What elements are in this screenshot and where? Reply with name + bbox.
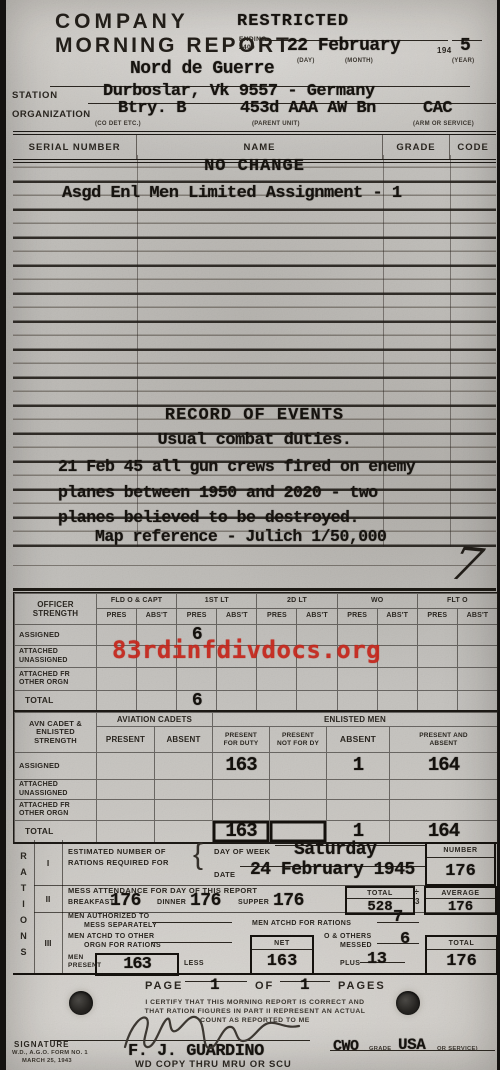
events-line: Usual combat duties.	[13, 431, 496, 450]
men-atchd-rations-label: MEN ATCHD FOR RATIONS	[252, 920, 351, 927]
table-cell	[389, 799, 497, 820]
o-and-others-value: 6	[400, 930, 410, 949]
cadets-absent-header: ABSENT	[154, 726, 212, 752]
abst-header: ABS'T	[216, 608, 256, 624]
o-and-others-label-2: MESSED	[340, 942, 372, 949]
brace-glyph: {	[193, 838, 203, 872]
year-value: 5	[460, 36, 470, 56]
table-cell	[457, 624, 497, 645]
atchd-other-label-1: MEN ATCHD TO OTHER	[68, 933, 154, 940]
table-cell	[417, 667, 457, 690]
mess-total-value: 528	[347, 899, 413, 915]
number-box-label: NUMBER	[427, 844, 494, 858]
estimated-label-2: RATIONS REQUIRED FOR	[68, 858, 169, 867]
number-box: NUMBER 176	[425, 842, 496, 886]
table-cell	[377, 645, 417, 667]
rations-part3: MEN AUTHORIZED TO MESS SEPARATELY MEN AT…	[62, 912, 496, 973]
table-cell	[326, 799, 389, 820]
column-divider	[383, 155, 384, 547]
net-box: NET 163	[250, 935, 314, 975]
officer-group-header: 2D LT	[256, 593, 336, 608]
classification-stamp: RESTRICTED	[237, 12, 349, 31]
page-number: 1	[210, 976, 219, 994]
men-present-value: 163	[123, 955, 151, 974]
pres-header: PRES	[176, 608, 216, 624]
col-code: CODE	[450, 135, 496, 159]
mess-separately-label-1: MEN AUTHORIZED TO	[68, 913, 149, 920]
men-present-label-2: PRESENT	[68, 962, 102, 969]
form-id-line-2: MARCH 25, 1943	[22, 1058, 72, 1064]
rations-total-box: TOTAL 176	[425, 935, 498, 975]
pres-header: PRES	[337, 608, 377, 624]
year-prefix: 194	[437, 46, 452, 55]
grade-value: CWO	[333, 1038, 359, 1055]
table-cell	[96, 667, 136, 690]
number-box-value: 176	[427, 858, 494, 884]
table-cell	[377, 690, 417, 711]
pages-label: PAGES	[338, 980, 386, 992]
punch-hole	[69, 991, 93, 1015]
officer-group-header: FLT O	[417, 593, 497, 608]
form-title-line1: COMPANY	[55, 10, 189, 34]
enlisted-total-absent: 1	[326, 820, 389, 842]
officer-table-title: OFFICER STRENGTH	[14, 593, 96, 624]
events-line: Map reference - Julich 1/50,000	[95, 527, 386, 546]
table-cell	[256, 690, 296, 711]
abst-header: ABS'T	[136, 608, 176, 624]
ending-label: ENDING	[239, 36, 267, 43]
of-label: OF	[255, 980, 274, 992]
table-cell	[136, 690, 176, 711]
org-company-value: Btry. B	[118, 99, 186, 118]
table-cell	[154, 752, 212, 779]
mess-total-label: TOTAL	[347, 888, 413, 899]
mess-separately-label-2: MESS SEPARATELY	[84, 922, 157, 929]
present-not-for-duty-header: PRESENT NOT FOR DY	[269, 726, 326, 752]
table-cell	[457, 690, 497, 711]
table-cell	[269, 779, 326, 799]
day-of-week-label: DAY OF WEEK	[214, 847, 271, 856]
table-cell	[269, 799, 326, 820]
roster-entry-asgd: Asgd Enl Men Limited Assignment - 1	[62, 184, 402, 203]
pres-header: PRES	[96, 608, 136, 624]
absent-header: ABSENT	[326, 726, 389, 752]
table-cell	[216, 667, 256, 690]
row-label-attached-unassigned: ATTACHED UNASSIGNED	[14, 645, 96, 667]
rations-part1: ESTIMATED NUMBER OF RATIONS REQUIRED FOR…	[62, 840, 496, 886]
abst-header: ABS'T	[296, 608, 336, 624]
org-company-sublabel: (CO DET ETC.)	[95, 121, 141, 127]
form-id-line-1: W.D., A.G.O. FORM NO. 1	[12, 1050, 88, 1056]
present-and-absent-header: PRESENT AND ABSENT	[389, 726, 497, 752]
table-cell	[269, 752, 326, 779]
ration-date-value: 24 February 1945	[250, 860, 415, 880]
service-sublabel: OR SERVICE)	[437, 1046, 478, 1052]
enlisted-total-present-not-for-duty	[269, 820, 326, 842]
men-present-label-1: MEN	[68, 954, 84, 961]
net-label: NET	[252, 937, 312, 950]
supper-label: SUPPER	[238, 899, 269, 906]
divide-by-three: 3	[415, 897, 420, 906]
station-label: STATION	[12, 90, 58, 101]
enlisted-strength-table: AVN CADET & ENLISTED STRENGTH AVIATION C…	[13, 710, 498, 844]
org-arm-value: CAC	[423, 99, 452, 118]
table-cell	[212, 779, 269, 799]
table-cell	[326, 779, 389, 799]
breakfast-label: BREAKFAST	[68, 899, 114, 906]
average-value: 176	[426, 899, 495, 915]
men-present-box: 163	[95, 953, 179, 976]
average-box: AVERAGE 176	[424, 886, 497, 915]
row-label-total: TOTAL	[14, 690, 96, 711]
table-cell	[389, 779, 497, 799]
abst-header: ABS'T	[377, 608, 417, 624]
month-sublabel: (MONTH)	[345, 58, 373, 64]
men-atchd-rations-value: 7	[393, 908, 403, 927]
rations-letters: RATIONS	[19, 851, 29, 963]
grade-sublabel: GRADE	[369, 1046, 391, 1052]
table-cell	[377, 624, 417, 645]
table-cell	[417, 645, 457, 667]
morning-report-scan: COMPANY RESTRICTED MORNING REPORT ENDING…	[0, 0, 500, 1070]
table-cell	[96, 820, 154, 842]
row-label-assigned: ASSIGNED	[14, 752, 96, 779]
rations-total-label: TOTAL	[427, 937, 496, 950]
officer-total-1stlt-pres: 6	[176, 690, 216, 711]
table-cell	[154, 779, 212, 799]
table-cell	[296, 667, 336, 690]
mess-total-box: TOTAL 528	[345, 886, 415, 915]
enlisted-total-present-and-absent: 164	[389, 820, 497, 842]
col-serial-number: SERIAL NUMBER	[13, 135, 137, 159]
org-arm-sublabel: (ARM OR SERVICE)	[413, 121, 474, 127]
pres-header: PRES	[256, 608, 296, 624]
events-line: planes believed to be destroyed.	[58, 508, 359, 527]
table-cell	[96, 799, 154, 820]
rations-total-value: 176	[427, 950, 496, 973]
rations-side-label: RATIONS	[13, 840, 35, 973]
atchd-other-label-2: ORGN FOR RATIONS	[84, 942, 161, 949]
enlisted-assigned-present-and-absent: 164	[389, 752, 497, 779]
events-line: 21 Feb 45 all gun crews fired on enemy	[58, 457, 415, 476]
service-value: USA	[398, 1036, 425, 1054]
aviation-cadets-group-header: AVIATION CADETS	[96, 712, 212, 726]
org-parent-sublabel: (PARENT UNIT)	[252, 121, 300, 127]
table-cell	[337, 667, 377, 690]
table-cell	[136, 667, 176, 690]
page-label: PAGE	[145, 980, 183, 992]
part1-numeral: I	[34, 840, 63, 886]
events-line: planes between 1950 and 2020 - two	[58, 483, 378, 502]
estimated-label-1: ESTIMATED NUMBER OF	[68, 847, 166, 856]
enlisted-assigned-absent: 1	[326, 752, 389, 779]
rations-part2: MESS ATTENDANCE FOR DAY OF THIS REPORT B…	[62, 885, 496, 913]
ending-time-label: 2400	[239, 44, 255, 51]
table-cell	[96, 752, 154, 779]
supper-value: 176	[273, 891, 304, 911]
grid-system-value: Nord de Guerre	[130, 59, 274, 79]
pres-header: PRES	[417, 608, 457, 624]
org-parent-value: 453d AAA AW Bn	[240, 99, 376, 118]
col-name: NAME	[137, 135, 382, 159]
table-cell	[377, 667, 417, 690]
plus-label: PLUS	[340, 960, 360, 967]
date-label: DATE	[214, 870, 235, 879]
col-grade: GRADE	[383, 135, 451, 159]
rations-section: RATIONS I II III ESTIMATED NUMBER OF RAT…	[13, 840, 496, 975]
signature-label: SIGNATURE	[14, 1040, 70, 1049]
table-cell	[216, 690, 256, 711]
part2-numeral: II	[34, 885, 63, 913]
day-sublabel: (DAY)	[297, 58, 315, 64]
table-cell	[256, 667, 296, 690]
table-cell	[96, 779, 154, 799]
enlisted-assigned-present-for-duty: 163	[212, 752, 269, 779]
website-watermark: 83rdinfdivdocs.org	[112, 636, 381, 664]
dinner-label: DINNER	[157, 899, 186, 906]
table-cell	[154, 799, 212, 820]
less-label: LESS	[184, 960, 204, 967]
row-label-assigned: ASSIGNED	[14, 624, 96, 645]
enlisted-men-group-header: ENLISTED MEN	[212, 712, 497, 726]
row-label-attached-fr-other: ATTACHED FR OTHER ORGN	[14, 667, 96, 690]
abst-header: ABS'T	[457, 608, 497, 624]
signature-scrawl	[115, 1005, 315, 1060]
present-for-duty-header: PRESENT FOR DUTY	[212, 726, 269, 752]
officer-group-header: WO	[337, 593, 417, 608]
cadets-present-header: PRESENT	[96, 726, 154, 752]
officer-group-header: 1ST LT	[176, 593, 256, 608]
table-cell	[417, 624, 457, 645]
dinner-value: 176	[190, 891, 221, 911]
year-sublabel: (YEAR)	[452, 58, 474, 64]
table-cell	[296, 690, 336, 711]
o-and-others-label-1: O & OTHERS	[324, 933, 372, 940]
enlisted-total-present-for-duty: 163	[212, 820, 269, 842]
net-value: 163	[252, 950, 312, 973]
table-cell	[96, 690, 136, 711]
part3-numeral: III	[34, 912, 63, 973]
punch-hole	[396, 991, 420, 1015]
table-cell	[457, 645, 497, 667]
row-label-attached-fr-other: ATTACHED FR OTHER ORGN	[14, 799, 96, 820]
roster-entry-no-change: NO CHANGE	[13, 157, 496, 176]
enlisted-table-title: AVN CADET & ENLISTED STRENGTH	[14, 712, 96, 752]
table-cell	[212, 799, 269, 820]
table-cell	[176, 667, 216, 690]
column-divider	[450, 155, 451, 547]
table-cell	[337, 690, 377, 711]
table-cell	[417, 690, 457, 711]
average-label: AVERAGE	[426, 888, 495, 899]
plus-value: 13	[367, 950, 386, 969]
row-label-total: TOTAL	[14, 820, 96, 842]
officer-group-header: FLD O & CAPT	[96, 593, 176, 608]
table-cell	[457, 667, 497, 690]
events-title: RECORD OF EVENTS	[13, 406, 496, 425]
day-of-week-value: Saturday	[294, 840, 376, 860]
mess-attendance-title: MESS ATTENDANCE FOR DAY OF THIS REPORT	[68, 886, 257, 895]
report-date-value: 22 February	[287, 36, 400, 56]
organization-label: ORGANIZATION	[12, 109, 91, 120]
pages-total: 1	[300, 976, 309, 994]
row-label-attached-unassigned: ATTACHED UNASSIGNED	[14, 779, 96, 799]
breakfast-value: 176	[110, 891, 141, 911]
